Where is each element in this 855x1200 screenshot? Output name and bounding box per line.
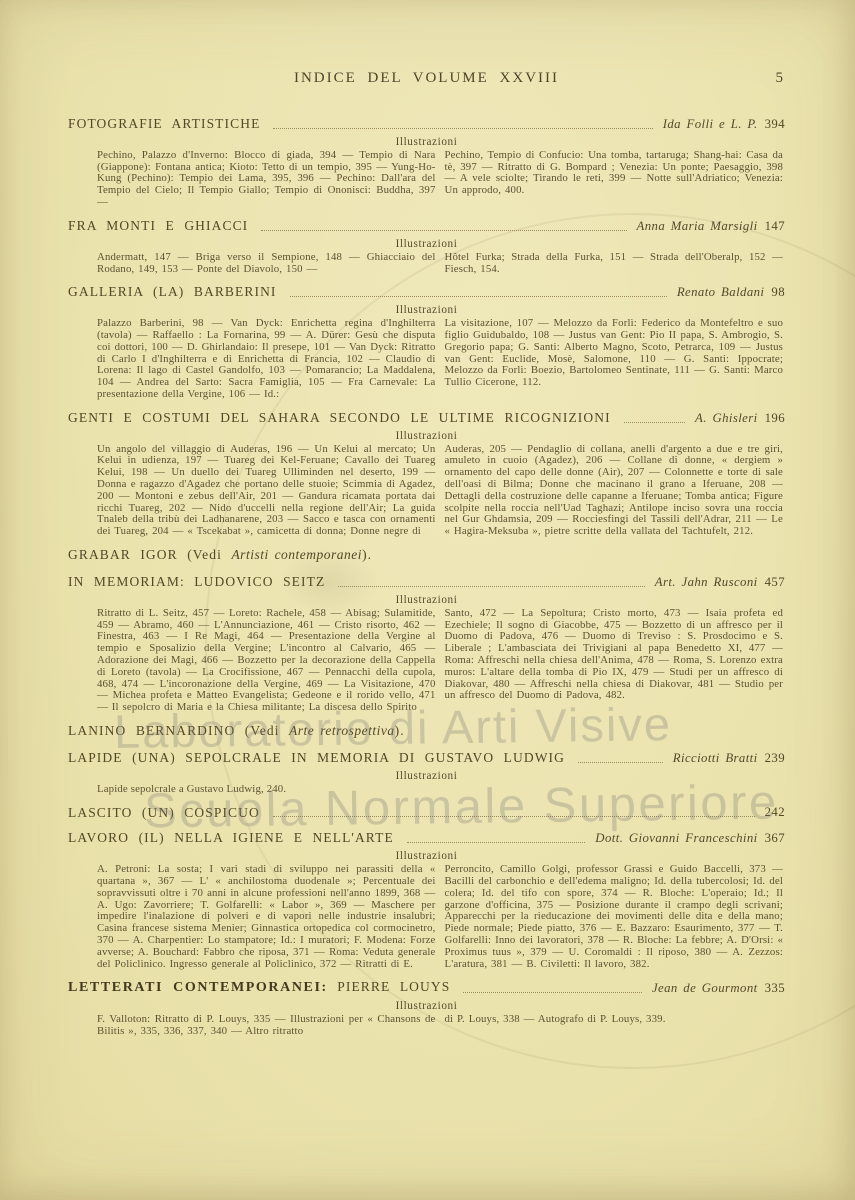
illustration-columns: Pechino, Palazzo d'Inverno: Blocco di gi… <box>97 150 783 209</box>
entry-author: Ida Folli e L. P. <box>663 117 758 133</box>
illustration-columns: F. Valloton: Ritratto di P. Louys, 335 —… <box>97 1014 783 1038</box>
illustration-column-left: Un angolo del villaggio di Auderas, 196 … <box>97 444 436 538</box>
dotted-leader <box>261 230 626 231</box>
entry-title: LASCITO (UN) COSPICUO <box>68 805 260 822</box>
illustration-column-right: Santo, 472 — La Sepoltura; Cristo morto,… <box>445 608 784 714</box>
index-entry: LAVORO (IL) NELLA IGIENE E NELL'ARTEDott… <box>68 830 785 970</box>
entry-title-text: ). <box>395 723 405 738</box>
entry-title: LANINO BERNARDINO (Vedi Arte retrospetti… <box>68 723 405 740</box>
illustration-column-right: Perroncito, Camillo Golgi, professor Gra… <box>445 864 784 970</box>
dotted-leader <box>624 422 685 423</box>
entry-title-text: LANINO BERNARDINO (Vedi <box>68 723 289 738</box>
entry-author: Dott. Giovanni Franceschini <box>595 831 757 847</box>
index-entry: GENTI E COSTUMI DEL SAHARA SECONDO LE UL… <box>68 410 785 538</box>
illustration-text: Lapide sepolcrale a Gustavo Ludwig, 240. <box>97 784 785 796</box>
entry-title: LAPIDE (UNA) SEPOLCRALE IN MEMORIA DI GU… <box>68 750 565 767</box>
entry-title-row: GRABAR IGOR (Vedi Artisti contemporanei)… <box>68 547 785 564</box>
entry-title-see-reference: Artisti contemporanei <box>231 547 362 562</box>
illustration-column-left: Pechino, Palazzo d'Inverno: Blocco di gi… <box>97 150 436 209</box>
entry-page-number: 367 <box>765 831 785 847</box>
entry-title-row: FRA MONTI E GHIACCIAnna Maria Marsigli14… <box>68 218 785 235</box>
entry-title-row: GENTI E COSTUMI DEL SAHARA SECONDO LE UL… <box>68 410 785 427</box>
entry-title: FOTOGRAFIE ARTISTICHE <box>68 116 260 133</box>
index-entry: LANINO BERNARDINO (Vedi Arte retrospetti… <box>68 723 785 740</box>
illustration-column-left: Andermatt, 147 — Briga verso il Sempione… <box>97 252 436 276</box>
dotted-leader <box>463 992 642 993</box>
entry-title-text: LASCITO (UN) COSPICUO <box>68 805 260 820</box>
illustrations-label: Illustrazioni <box>68 304 785 316</box>
illustration-column-right: La visitazione, 107 — Melozzo da Forlì: … <box>445 318 784 401</box>
index-entry: LAPIDE (UNA) SEPOLCRALE IN MEMORIA DI GU… <box>68 750 785 796</box>
illustrations-label: Illustrazioni <box>68 238 785 250</box>
entry-title-text: ). <box>362 547 372 562</box>
entry-title-row: IN MEMORIAM: LUDOVICO SEITZArt. Jahn Rus… <box>68 574 785 591</box>
entry-title-row: LAVORO (IL) NELLA IGIENE E NELL'ARTEDott… <box>68 830 785 847</box>
entry-title-text: GENTI E COSTUMI DEL SAHARA SECONDO LE UL… <box>68 410 611 425</box>
entry-page-number: 242 <box>765 805 785 821</box>
entry-title-text: FRA MONTI E GHIACCI <box>68 218 248 233</box>
illustration-column-left: F. Valloton: Ritratto di P. Louys, 335 —… <box>97 1014 436 1038</box>
entry-title-text: GALLERIA (LA) BARBERINI <box>68 284 277 299</box>
entry-page-number: 394 <box>765 117 785 133</box>
entry-page-number: 239 <box>765 751 785 767</box>
dotted-leader <box>338 586 644 587</box>
header-title: INDICE DEL VOLUME XXVIII <box>294 70 559 86</box>
entry-title-bold: LETTERATI CONTEMPORANEI: <box>68 980 328 995</box>
entry-title-row: GALLERIA (LA) BARBERINIRenato Baldani98 <box>68 284 785 301</box>
entry-author: Ricciotti Bratti <box>673 751 758 767</box>
illustration-columns: Andermatt, 147 — Briga verso il Sempione… <box>97 252 783 276</box>
entry-page-number: 196 <box>765 411 785 427</box>
entry-title-row: FOTOGRAFIE ARTISTICHEIda Folli e L. P.39… <box>68 116 785 133</box>
illustrations-label: Illustrazioni <box>68 850 785 862</box>
dotted-leader <box>273 128 652 129</box>
illustration-column-left: A. Petroni: La sosta; I vari stadi di sv… <box>97 864 436 970</box>
entry-title: IN MEMORIAM: LUDOVICO SEITZ <box>68 574 325 591</box>
entry-author: Anna Maria Marsigli <box>637 219 758 235</box>
illustration-column-left: Palazzo Barberini, 98 — Van Dyck: Enrich… <box>97 318 436 401</box>
dotted-leader <box>578 762 663 763</box>
page-number: 5 <box>776 70 784 87</box>
illustration-column-right: Hôtel Furka; Strada della Furka, 151 — S… <box>445 252 784 276</box>
index-entry: FOTOGRAFIE ARTISTICHEIda Folli e L. P.39… <box>68 116 785 209</box>
entry-title: GRABAR IGOR (Vedi Artisti contemporanei)… <box>68 547 372 564</box>
illustration-column-right: di P. Louys, 338 — Autografo di P. Louys… <box>445 1014 784 1038</box>
illustration-columns: Un angolo del villaggio di Auderas, 196 … <box>97 444 783 538</box>
illustrations-label: Illustrazioni <box>68 136 785 148</box>
illustration-columns: Ritratto di L. Seitz, 457 — Loreto: Rach… <box>97 608 783 714</box>
entry-author: Renato Baldani <box>677 285 765 301</box>
entry-page-number: 147 <box>765 219 785 235</box>
entry-title-row: LAPIDE (UNA) SEPOLCRALE IN MEMORIA DI GU… <box>68 750 785 767</box>
entry-title-text: IN MEMORIAM: LUDOVICO SEITZ <box>68 574 325 589</box>
dotted-leader <box>273 816 755 817</box>
index-entry: GRABAR IGOR (Vedi Artisti contemporanei)… <box>68 547 785 564</box>
page-header: INDICE DEL VOLUME XXVIII 5 <box>68 70 785 87</box>
illustration-columns: Palazzo Barberini, 98 — Van Dyck: Enrich… <box>97 318 783 401</box>
entry-title: LETTERATI CONTEMPORANEI: PIERRE LOUYS <box>68 979 450 997</box>
entry-title-text: FOTOGRAFIE ARTISTICHE <box>68 116 260 131</box>
entry-title: LAVORO (IL) NELLA IGIENE E NELL'ARTE <box>68 830 394 847</box>
entry-title-text: GRABAR IGOR (Vedi <box>68 547 231 562</box>
index-entry: GALLERIA (LA) BARBERINIRenato Baldani98I… <box>68 284 785 400</box>
entry-title-row: LETTERATI CONTEMPORANEI: PIERRE LOUYSJea… <box>68 979 785 997</box>
illustrations-label: Illustrazioni <box>68 1000 785 1012</box>
dotted-leader <box>290 296 667 297</box>
entry-title: FRA MONTI E GHIACCI <box>68 218 248 235</box>
illustration-column-right: Auderas, 205 — Pendaglio di collana, ane… <box>445 444 784 538</box>
index-entries: FOTOGRAFIE ARTISTICHEIda Folli e L. P.39… <box>68 116 785 1038</box>
illustration-columns: A. Petroni: La sosta; I vari stadi di sv… <box>97 864 783 970</box>
entry-page-number: 98 <box>771 285 785 301</box>
illustrations-label: Illustrazioni <box>68 430 785 442</box>
illustrations-label: Illustrazioni <box>68 594 785 606</box>
entry-author: Art. Jahn Rusconi <box>655 575 758 591</box>
entry-title-text: PIERRE LOUYS <box>328 979 451 994</box>
index-entry: LETTERATI CONTEMPORANEI: PIERRE LOUYSJea… <box>68 979 785 1037</box>
dotted-leader <box>407 842 586 843</box>
page-sheet: INDICE DEL VOLUME XXVIII 5 FOTOGRAFIE AR… <box>0 0 855 1038</box>
index-entry: FRA MONTI E GHIACCIAnna Maria Marsigli14… <box>68 218 785 275</box>
entry-title: GALLERIA (LA) BARBERINI <box>68 284 277 301</box>
entry-title-text: LAVORO (IL) NELLA IGIENE E NELL'ARTE <box>68 830 394 845</box>
entry-author: A. Ghisleri <box>695 411 758 427</box>
entry-author: Jean de Gourmont <box>652 981 758 997</box>
entry-page-number: 457 <box>765 575 785 591</box>
illustrations-label: Illustrazioni <box>68 770 785 782</box>
illustration-column-right: Pechino, Tempio di Confucio: Una tomba, … <box>445 150 784 209</box>
illustration-column-left: Ritratto di L. Seitz, 457 — Loreto: Rach… <box>97 608 436 714</box>
entry-title-row: LANINO BERNARDINO (Vedi Arte retrospetti… <box>68 723 785 740</box>
entry-page-number: 335 <box>765 981 785 997</box>
index-entry: IN MEMORIAM: LUDOVICO SEITZArt. Jahn Rus… <box>68 574 785 714</box>
entry-title-text: LAPIDE (UNA) SEPOLCRALE IN MEMORIA DI GU… <box>68 750 565 765</box>
entry-title: GENTI E COSTUMI DEL SAHARA SECONDO LE UL… <box>68 410 611 427</box>
index-entry: LASCITO (UN) COSPICUO242 <box>68 805 785 822</box>
entry-title-row: LASCITO (UN) COSPICUO242 <box>68 805 785 822</box>
entry-title-see-reference: Arte retrospettiva <box>289 723 395 738</box>
